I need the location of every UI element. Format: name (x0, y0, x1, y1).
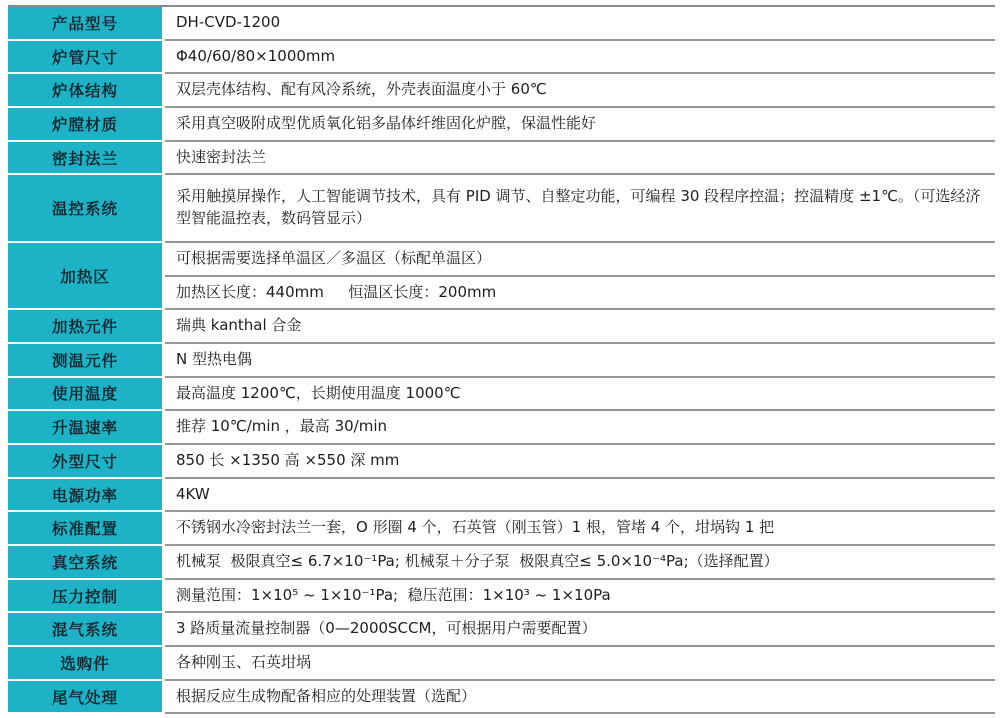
spec-label: 真空系统 (8, 546, 162, 578)
table-row: 温控系统采用触摸屏操作，人工智能调节技术，具有 PID 调节、自整定功能，可编程… (8, 175, 995, 242)
spec-value-cell: 850 长 ×1350 高 ×550 深 mm (165, 445, 995, 479)
spec-value-cell: 加热区长度：440mm 恒温区长度：200mm (165, 277, 995, 311)
spec-value-group: 快速密封法兰 (165, 142, 995, 176)
spec-label: 产品型号 (8, 7, 162, 39)
spec-value-cell: DH-CVD-1200 (165, 7, 995, 41)
table-row: 密封法兰快速密封法兰 (8, 142, 995, 176)
spec-value-group: 最高温度 1200℃，长期使用温度 1000℃ (165, 378, 995, 412)
spec-label: 混气系统 (8, 613, 162, 645)
spec-value-group: DH-CVD-1200 (165, 7, 995, 41)
spec-label: 升温速率 (8, 411, 162, 443)
spec-value-cell: N 型热电偶 (165, 344, 995, 378)
spec-label: 加热元件 (8, 310, 162, 342)
spec-value-cell: 瑞典 kanthal 合金 (165, 310, 995, 344)
spec-value-group: 机械泵 极限真空≤ 6.7×10⁻¹Pa; 机械泵＋分子泵 极限真空≤ 5.0×… (165, 546, 995, 580)
spec-value-cell: 4KW (165, 479, 995, 513)
spec-value-cell: 根据反应生成物配备相应的处理装置（选配） (165, 681, 995, 715)
spec-label: 选购件 (8, 647, 162, 679)
spec-value-cell: 不锈钢水冷密封法兰一套，O 形圈 4 个，石英管（刚玉管）1 根，管堵 4 个，… (165, 512, 995, 546)
spec-label: 尾气处理 (8, 681, 162, 713)
spec-label: 炉体结构 (8, 74, 162, 106)
spec-value-cell: 3 路质量流量控制器（0—2000SCCM，可根据用户需要配置） (165, 613, 995, 647)
spec-value-group: 不锈钢水冷密封法兰一套，O 形圈 4 个，石英管（刚玉管）1 根，管堵 4 个，… (165, 512, 995, 546)
spec-label: 压力控制 (8, 580, 162, 612)
table-row: 压力控制测量范围：1×10⁵ ~ 1×10⁻¹Pa; 稳压范围：1×10³ ~ … (8, 580, 995, 614)
table-row: 尾气处理根据反应生成物配备相应的处理装置（选配） (8, 681, 995, 715)
spec-value-group: 3 路质量流量控制器（0—2000SCCM，可根据用户需要配置） (165, 613, 995, 647)
spec-value-group: 4KW (165, 479, 995, 513)
spec-value-cell: 快速密封法兰 (165, 142, 995, 176)
table-row: 加热区可根据需要选择单温区／多温区（标配单温区）加热区长度：440mm 恒温区长… (8, 243, 995, 310)
table-row: 标准配置不锈钢水冷密封法兰一套，O 形圈 4 个，石英管（刚玉管）1 根，管堵 … (8, 512, 995, 546)
table-row: 炉体结构双层壳体结构、配有风冷系统，外壳表面温度小于 60℃ (8, 74, 995, 108)
spec-label: 测温元件 (8, 344, 162, 376)
table-row: 升温速率推荐 10℃/min ，最高 30/min (8, 411, 995, 445)
table-row: 使用温度最高温度 1200℃，长期使用温度 1000℃ (8, 378, 995, 412)
spec-value-group: N 型热电偶 (165, 344, 995, 378)
table-row: 炉管尺寸Φ40/60/80×1000mm (8, 41, 995, 75)
table-row: 炉膛材质采用真空吸附成型优质氧化铝多晶体纤维固化炉膛，保温性能好 (8, 108, 995, 142)
spec-value-cell: 采用真空吸附成型优质氧化铝多晶体纤维固化炉膛，保温性能好 (165, 108, 995, 142)
spec-value-group: 各种刚玉、石英坩埚 (165, 647, 995, 681)
table-row: 加热元件瑞典 kanthal 合金 (8, 310, 995, 344)
spec-value-group: Φ40/60/80×1000mm (165, 41, 995, 75)
spec-value-group: 双层壳体结构、配有风冷系统，外壳表面温度小于 60℃ (165, 74, 995, 108)
spec-label: 温控系统 (8, 175, 162, 240)
spec-table: 产品型号DH-CVD-1200炉管尺寸Φ40/60/80×1000mm炉体结构双… (8, 5, 995, 714)
spec-label: 炉膛材质 (8, 108, 162, 140)
spec-value-group: 根据反应生成物配备相应的处理装置（选配） (165, 681, 995, 715)
spec-label: 标准配置 (8, 512, 162, 544)
table-row: 产品型号DH-CVD-1200 (8, 7, 995, 41)
spec-value-cell: 机械泵 极限真空≤ 6.7×10⁻¹Pa; 机械泵＋分子泵 极限真空≤ 5.0×… (165, 546, 995, 580)
spec-label: 电源功率 (8, 479, 162, 511)
spec-value-group: 瑞典 kanthal 合金 (165, 310, 995, 344)
spec-value-group: 测量范围：1×10⁵ ~ 1×10⁻¹Pa; 稳压范围：1×10³ ~ 1×10… (165, 580, 995, 614)
spec-value-group: 采用真空吸附成型优质氧化铝多晶体纤维固化炉膛，保温性能好 (165, 108, 995, 142)
table-row: 混气系统3 路质量流量控制器（0—2000SCCM，可根据用户需要配置） (8, 613, 995, 647)
spec-value-cell: Φ40/60/80×1000mm (165, 41, 995, 75)
table-row: 选购件各种刚玉、石英坩埚 (8, 647, 995, 681)
spec-value-cell: 各种刚玉、石英坩埚 (165, 647, 995, 681)
spec-value-group: 可根据需要选择单温区／多温区（标配单温区）加热区长度：440mm 恒温区长度：2… (165, 243, 995, 310)
spec-label: 炉管尺寸 (8, 41, 162, 73)
spec-label: 加热区 (8, 243, 162, 308)
table-row: 电源功率4KW (8, 479, 995, 513)
page: 产品型号DH-CVD-1200炉管尺寸Φ40/60/80×1000mm炉体结构双… (0, 0, 1000, 718)
spec-value-cell: 可根据需要选择单温区／多温区（标配单温区） (165, 243, 995, 277)
spec-label: 使用温度 (8, 378, 162, 410)
spec-value-cell: 采用触摸屏操作，人工智能调节技术，具有 PID 调节、自整定功能，可编程 30 … (165, 175, 995, 242)
spec-value-cell: 双层壳体结构、配有风冷系统，外壳表面温度小于 60℃ (165, 74, 995, 108)
table-row: 真空系统机械泵 极限真空≤ 6.7×10⁻¹Pa; 机械泵＋分子泵 极限真空≤ … (8, 546, 995, 580)
spec-label: 密封法兰 (8, 142, 162, 174)
spec-value-group: 采用触摸屏操作，人工智能调节技术，具有 PID 调节、自整定功能，可编程 30 … (165, 175, 995, 242)
table-row: 测温元件N 型热电偶 (8, 344, 995, 378)
spec-value-cell: 最高温度 1200℃，长期使用温度 1000℃ (165, 378, 995, 412)
spec-label: 外型尺寸 (8, 445, 162, 477)
spec-value-group: 推荐 10℃/min ，最高 30/min (165, 411, 995, 445)
spec-value-group: 850 长 ×1350 高 ×550 深 mm (165, 445, 995, 479)
spec-value-cell: 推荐 10℃/min ，最高 30/min (165, 411, 995, 445)
spec-value-cell: 测量范围：1×10⁵ ~ 1×10⁻¹Pa; 稳压范围：1×10³ ~ 1×10… (165, 580, 995, 614)
table-row: 外型尺寸850 长 ×1350 高 ×550 深 mm (8, 445, 995, 479)
